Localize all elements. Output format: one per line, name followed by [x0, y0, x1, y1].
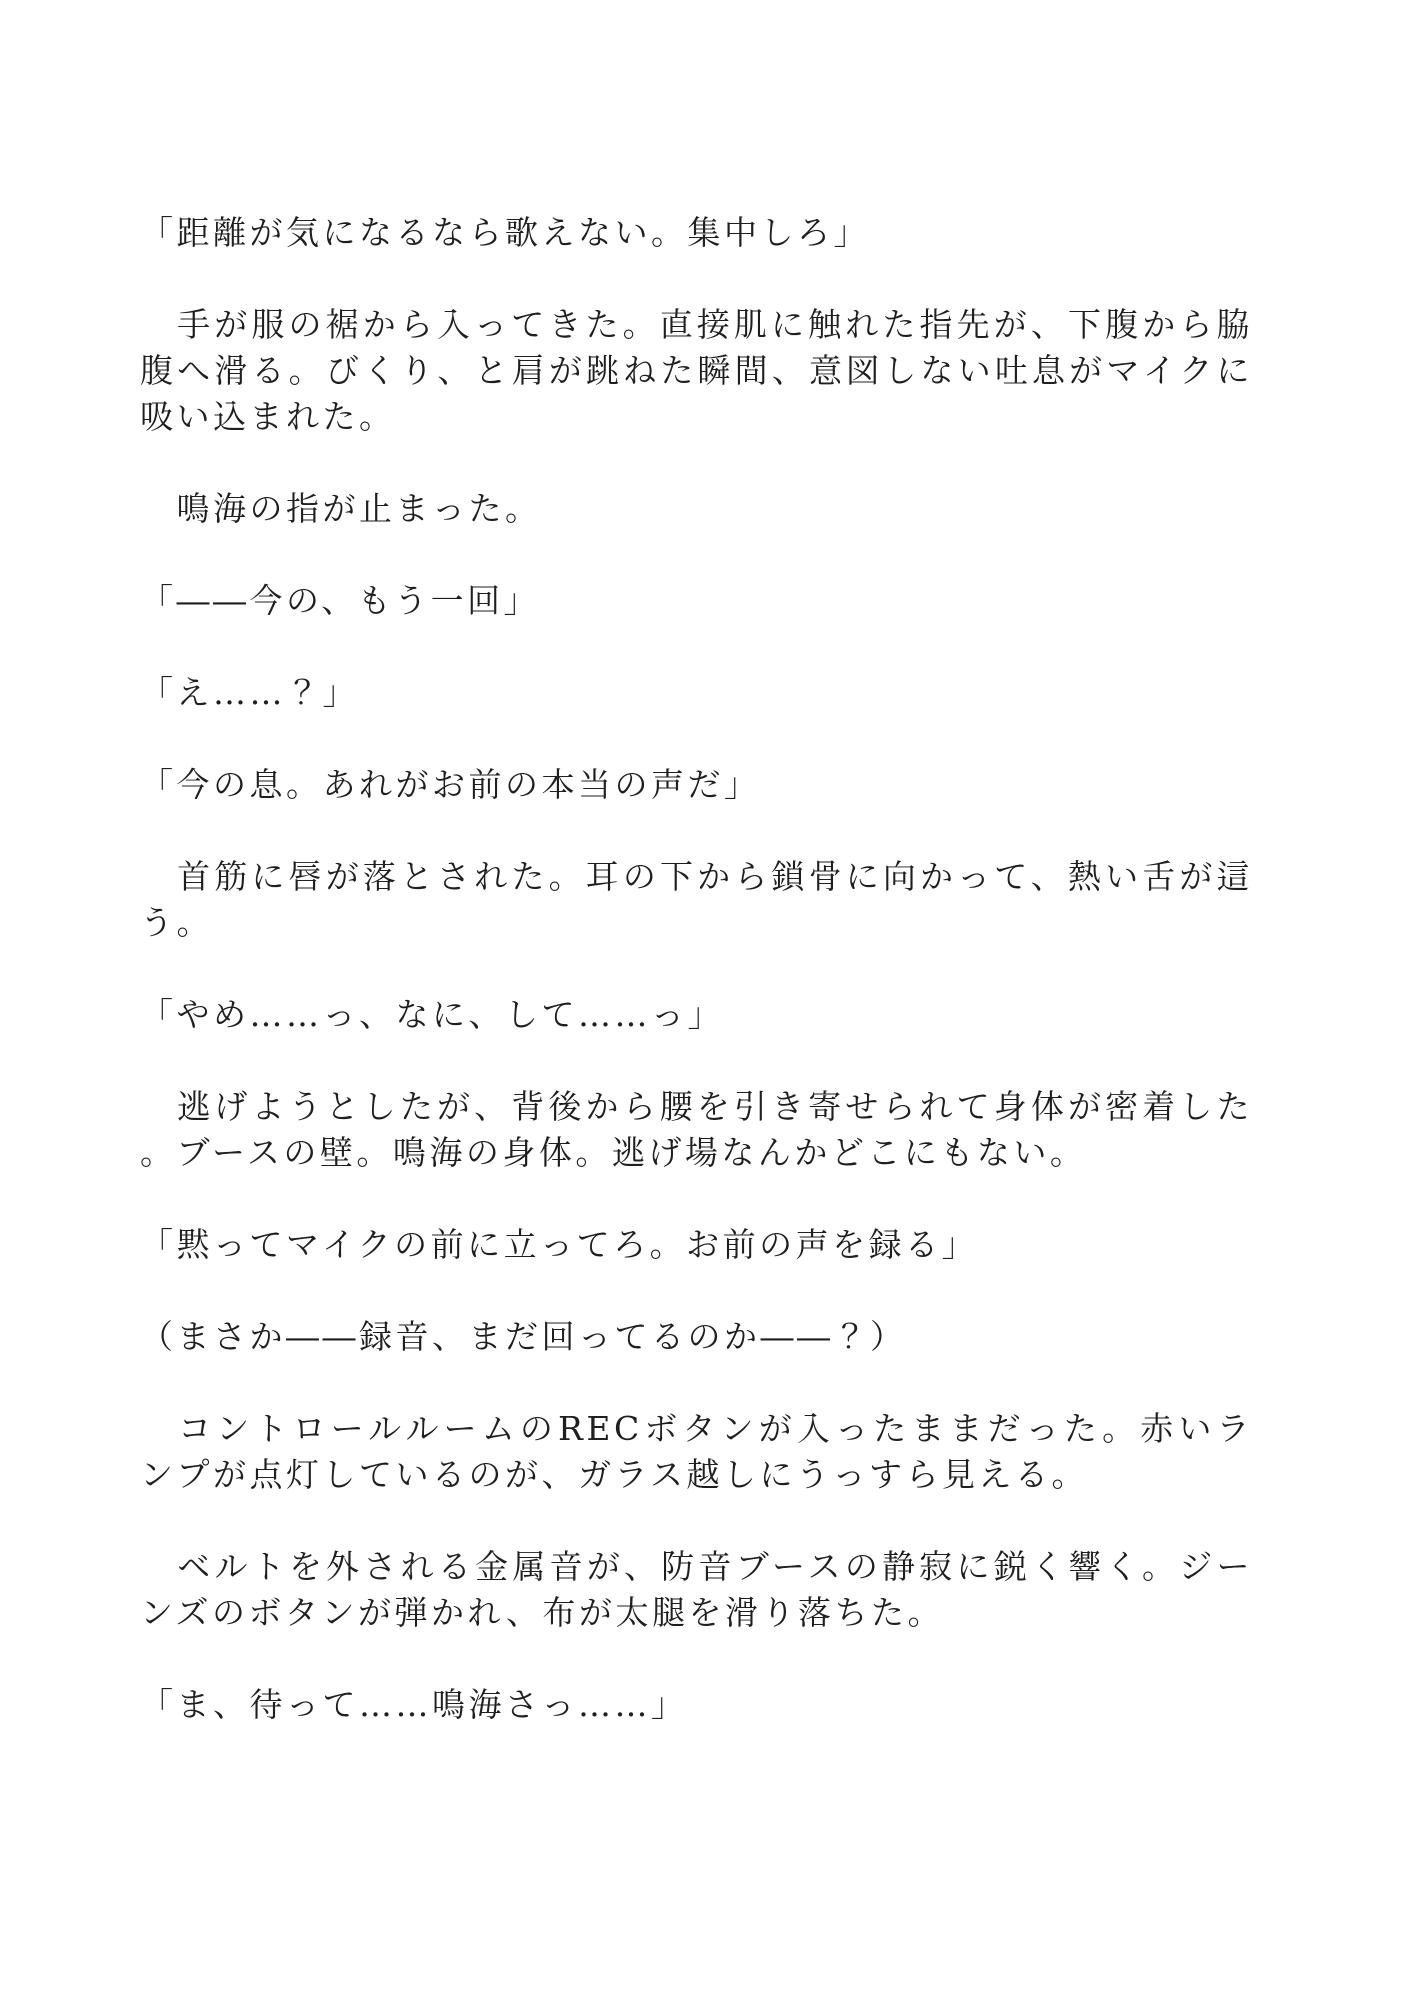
- text-line: 逃げようとしたが、背後から腰を引き寄せられて身体が密着した: [140, 1084, 1253, 1130]
- text-line: ンプが点灯しているのが、ガラス越しにうっすら見える。: [140, 1452, 1253, 1498]
- text-line: 「ま、待って……鳴海さっ……」: [140, 1682, 1253, 1728]
- paragraph: （まさか――録音、まだ回ってるのか――？）: [140, 1314, 1253, 1360]
- text-line: ンズのボタンが弾かれ、布が太腿を滑り落ちた。: [140, 1590, 1253, 1636]
- paragraph: 「――今の、もう一回」: [140, 578, 1253, 624]
- text-line: 「今の息。あれがお前の本当の声だ」: [140, 762, 1253, 808]
- paragraph: 逃げようとしたが、背後から腰を引き寄せられて身体が密着した 。ブースの壁。鳴海の…: [140, 1084, 1253, 1176]
- text-line: 「距離が気になるなら歌えない。集中しろ」: [140, 210, 1253, 256]
- text-line: ベルトを外される金属音が、防音ブースの静寂に鋭く響く。ジー: [140, 1544, 1253, 1590]
- paragraph: 「今の息。あれがお前の本当の声だ」: [140, 762, 1253, 808]
- paragraph: 鳴海の指が止まった。: [140, 486, 1253, 532]
- paragraph: 手が服の裾から入ってきた。直接肌に触れた指先が、下腹から脇 腹へ滑る。びくり、と…: [140, 302, 1253, 440]
- paragraph: 「え……？」: [140, 670, 1253, 716]
- text-line: う。: [140, 900, 1253, 946]
- novel-text-page: 「距離が気になるなら歌えない。集中しろ」 手が服の裾から入ってきた。直接肌に触れ…: [0, 0, 1415, 2000]
- text-line: 「――今の、もう一回」: [140, 578, 1253, 624]
- text-line: コントロールルームのRECボタンが入ったままだった。赤いラ: [140, 1406, 1253, 1452]
- paragraph: 「やめ……っ、なに、して……っ」: [140, 992, 1253, 1038]
- text-line: 腹へ滑る。びくり、と肩が跳ねた瞬間、意図しない吐息がマイクに: [140, 348, 1253, 394]
- text-line: 「黙ってマイクの前に立ってろ。お前の声を録る」: [140, 1222, 1253, 1268]
- paragraph: ベルトを外される金属音が、防音ブースの静寂に鋭く響く。ジー ンズのボタンが弾かれ…: [140, 1544, 1253, 1636]
- paragraph: 首筋に唇が落とされた。耳の下から鎖骨に向かって、熱い舌が這 う。: [140, 854, 1253, 946]
- paragraph: コントロールルームのRECボタンが入ったままだった。赤いラ ンプが点灯しているの…: [140, 1406, 1253, 1498]
- text-line: 「え……？」: [140, 670, 1253, 716]
- paragraph: 「黙ってマイクの前に立ってろ。お前の声を録る」: [140, 1222, 1253, 1268]
- text-line: （まさか――録音、まだ回ってるのか――？）: [140, 1314, 1253, 1360]
- paragraph: 「距離が気になるなら歌えない。集中しろ」: [140, 210, 1253, 256]
- text-line: 「やめ……っ、なに、して……っ」: [140, 992, 1253, 1038]
- text-line: 吸い込まれた。: [140, 394, 1253, 440]
- text-line: 。ブースの壁。鳴海の身体。逃げ場なんかどこにもない。: [140, 1130, 1253, 1176]
- paragraph: 「ま、待って……鳴海さっ……」: [140, 1682, 1253, 1728]
- text-line: 手が服の裾から入ってきた。直接肌に触れた指先が、下腹から脇: [140, 302, 1253, 348]
- text-line: 首筋に唇が落とされた。耳の下から鎖骨に向かって、熱い舌が這: [140, 854, 1253, 900]
- text-line: 鳴海の指が止まった。: [140, 486, 1253, 532]
